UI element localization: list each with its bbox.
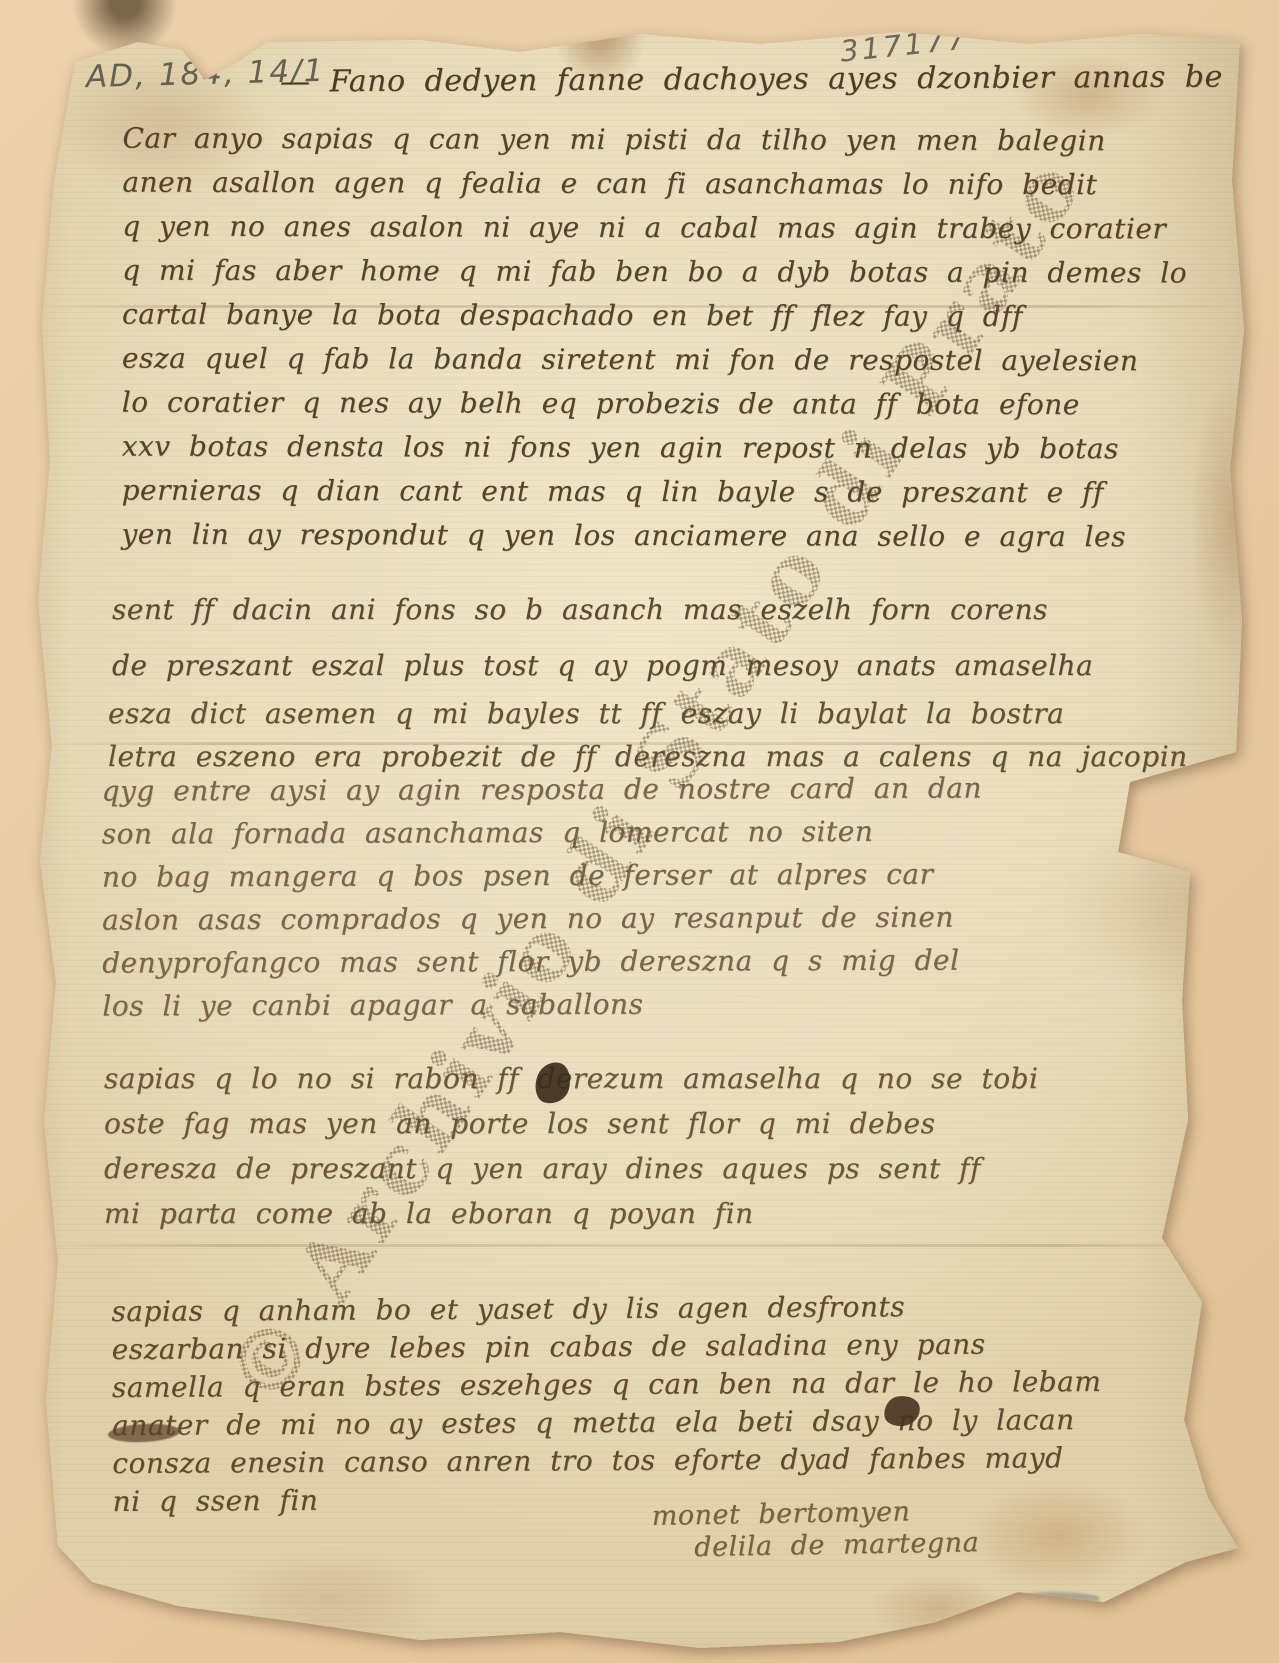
edge-ink-smudge: [1008, 1592, 1100, 1605]
manuscript-line: yen lin ay respondut q yen los anciamere…: [121, 513, 1186, 560]
manuscript-line: lo coratier q nes ay belh eq probezis de…: [122, 381, 1187, 428]
manuscript-line: de preszant eszal plus tost q ay pogm me…: [112, 638, 1093, 694]
manuscript-line: pernieras q dian cant ent mas q lin bayl…: [122, 469, 1187, 516]
signature-line: delila de martegna: [694, 1527, 979, 1564]
manuscript-line: qyg entre aysi ay agin resposta de nostr…: [102, 766, 983, 812]
text-block-2: sent ff dacin ani fons so b asanch mas e…: [112, 582, 1093, 694]
paper-shadow-wrap: AD, 184, 14/1 317177 — Fano dedyen fanne…: [0, 0, 1279, 1663]
text-block-5: sapias q lo no si rabon ff derezum amase…: [104, 1056, 1038, 1236]
manuscript-line: mi parta come ab la eboran q poyan fin: [104, 1191, 1038, 1236]
manuscript-line: anater de mi no ay estes q metta ela bet…: [112, 1401, 1102, 1445]
manuscript-line: esza quel q fab la banda siretent mi fon…: [122, 337, 1187, 384]
fold-crease: [42, 1244, 1238, 1247]
signature-block: monet bertomyen delila de martegna: [651, 1495, 979, 1565]
manuscript-line: deresza de preszant q yen aray dines aqu…: [104, 1146, 1038, 1191]
manuscript-line: sent ff dacin ani fons so b asanch mas e…: [112, 582, 1093, 638]
heading-line: — Fano dedyen fanne dachoyes ayes dzonbi…: [280, 56, 1223, 105]
manuscript-line: sapias q lo no si rabon ff derezum amase…: [104, 1056, 1038, 1101]
scan-background: AD, 184, 14/1 317177 — Fano dedyen fanne…: [0, 0, 1279, 1663]
manuscript-page: AD, 184, 14/1 317177 — Fano dedyen fanne…: [0, 0, 1279, 1663]
manuscript-line: oste fag mas yen an porte los sent flor …: [104, 1101, 1038, 1146]
manuscript-line: xxv botas densta los ni fons yen agin re…: [122, 425, 1187, 472]
manuscript-line: son ala fornada asanchamas q lomercat no…: [102, 809, 983, 855]
manuscript-line: consza enesin canso anren tro tos eforte…: [112, 1439, 1102, 1483]
